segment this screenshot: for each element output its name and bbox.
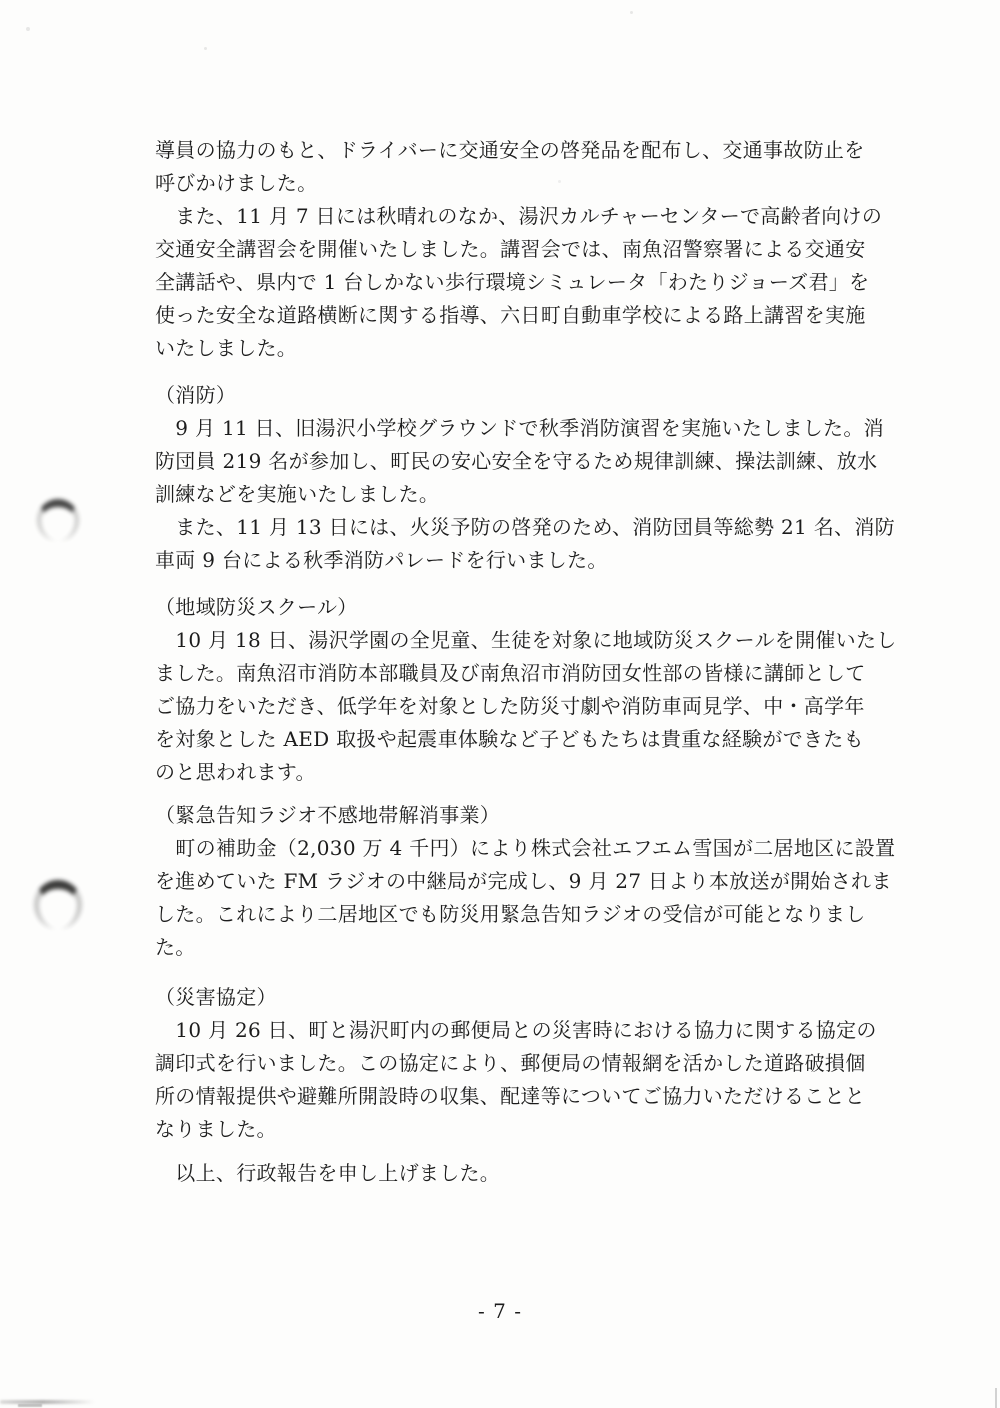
section-heading: （災害協定） [155,981,900,1014]
document-page: 導員の協力のもと、ドライバーに交通安全の啓発品を配布し、交通事故防止を 呼びかけ… [0,0,1000,1408]
page-number: - 7 - [0,1298,1000,1324]
text-line: 以上、行政報告を申し上げました。 [155,1157,900,1190]
text-line: 交通安全講習会を開催いたしました。講習会では、南魚沼警察署による交通安 [155,233,900,266]
text-line: 10 月 18 日、湯沢学園の全児童、生徒を対象に地域防災スクールを開催いたし [155,624,900,657]
scan-edge-mark [18,1404,42,1407]
text-line: ました。南魚沼市消防本部職員及び南魚沼市消防団女性部の皆様に講師として [155,657,900,690]
text-line: 訓練などを実施いたしました。 [155,478,900,511]
section-closing: 以上、行政報告を申し上げました。 [155,1157,900,1190]
text-line: した。これにより二居地区でも防災用緊急告知ラジオの受信が可能となりまし [155,898,900,931]
section-heading: （地域防災スクール） [155,591,900,624]
scan-edge-streak [0,1400,95,1404]
text-line: 全講話や、県内で 1 台しかない歩行環境シミュレータ「わたりジョーズ君」を [155,266,900,299]
text-line: 導員の協力のもと、ドライバーに交通安全の啓発品を配布し、交通事故防止を [155,134,900,167]
section-disaster-agreement: （災害協定） 10 月 26 日、町と湯沢町内の郵便局との災害時における協力に関… [155,981,900,1146]
text-line: のと思われます。 [155,756,900,789]
text-line: 所の情報提供や避難所開設時の収集、配達等についてご協力いただけることと [155,1080,900,1113]
section-disaster-school: （地域防災スクール） 10 月 18 日、湯沢学園の全児童、生徒を対象に地域防災… [155,591,900,789]
text-line: ご協力をいただき、低学年を対象とした防災寸劇や消防車両見学、中・高学年 [155,690,900,723]
text-line: 使った安全な道路横断に関する指導、六日町自動車学校による路上講習を実施 [155,299,900,332]
text-line: た。 [155,931,900,964]
text-line: 呼びかけました。 [155,167,900,200]
scan-edge-mark [995,1388,997,1408]
text-line: なりました。 [155,1113,900,1146]
scan-speck [630,11,633,14]
binder-hole-shadow [37,499,79,541]
text-line: 9 月 11 日、旧湯沢小学校グラウンドで秋季消防演習を実施いたしました。消 [155,412,900,445]
scan-speck [26,27,30,31]
scan-speck [204,47,207,50]
text-line: 10 月 26 日、町と湯沢町内の郵便局との災害時における協力に関する協定の [155,1014,900,1047]
text-line: 車両 9 台による秋季消防パレードを行いました。 [155,544,900,577]
text-line: 町の補助金（2,030 万 4 千円）により株式会社エフエム雪国が二居地区に設置 [155,832,900,865]
text-line: また、11 月 7 日には秋晴れのなか、湯沢カルチャーセンターで高齢者向けの [155,200,900,233]
section-heading: （消防） [155,379,900,412]
text-line: を対象とした AED 取扱や起震車体験など子どもたちは貴重な経験ができたも [155,723,900,756]
text-line: を進めていた FM ラジオの中継局が完成し、9 月 27 日より本放送が開始され… [155,865,900,898]
section-traffic-safety: 導員の協力のもと、ドライバーに交通安全の啓発品を配布し、交通事故防止を 呼びかけ… [155,134,900,365]
text-line: 調印式を行いました。この協定により、郵便局の情報網を活かした道路破損個 [155,1047,900,1080]
text-line: いたしました。 [155,332,900,365]
binder-hole-shadow [34,880,82,929]
section-heading: （緊急告知ラジオ不感地帯解消事業） [155,799,900,832]
section-fire-department: （消防） 9 月 11 日、旧湯沢小学校グラウンドで秋季消防演習を実施いたしまし… [155,379,900,577]
section-emergency-radio: （緊急告知ラジオ不感地帯解消事業） 町の補助金（2,030 万 4 千円）により… [155,799,900,964]
text-line: また、11 月 13 日には、火災予防の啓発のため、消防団員等総勢 21 名、消… [155,511,900,544]
text-line: 防団員 219 名が参加し、町民の安心安全を守るため規律訓練、操法訓練、放水 [155,445,900,478]
